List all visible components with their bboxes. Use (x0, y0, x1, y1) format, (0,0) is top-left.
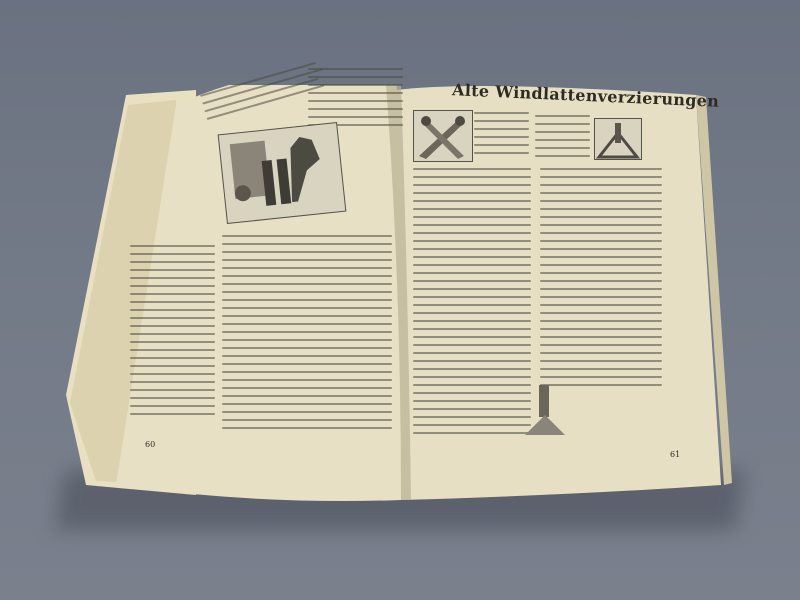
right-page-text-col1 (413, 168, 531, 440)
gable-illustration-left (413, 110, 473, 162)
right-page-text-col2 (540, 168, 662, 392)
gable-illustration-right (594, 118, 642, 160)
gable-finial-illustration (525, 385, 565, 435)
right-page-text-intro (474, 112, 529, 160)
left-page-text-col1 (130, 245, 215, 421)
left-page-text-col2-top (308, 68, 403, 132)
left-page-text-body (222, 235, 392, 435)
right-page-number: 61 (670, 450, 680, 459)
carriage-illustration (218, 122, 347, 224)
left-page-number: 60 (145, 440, 155, 449)
right-page-text-intro2 (535, 115, 590, 163)
